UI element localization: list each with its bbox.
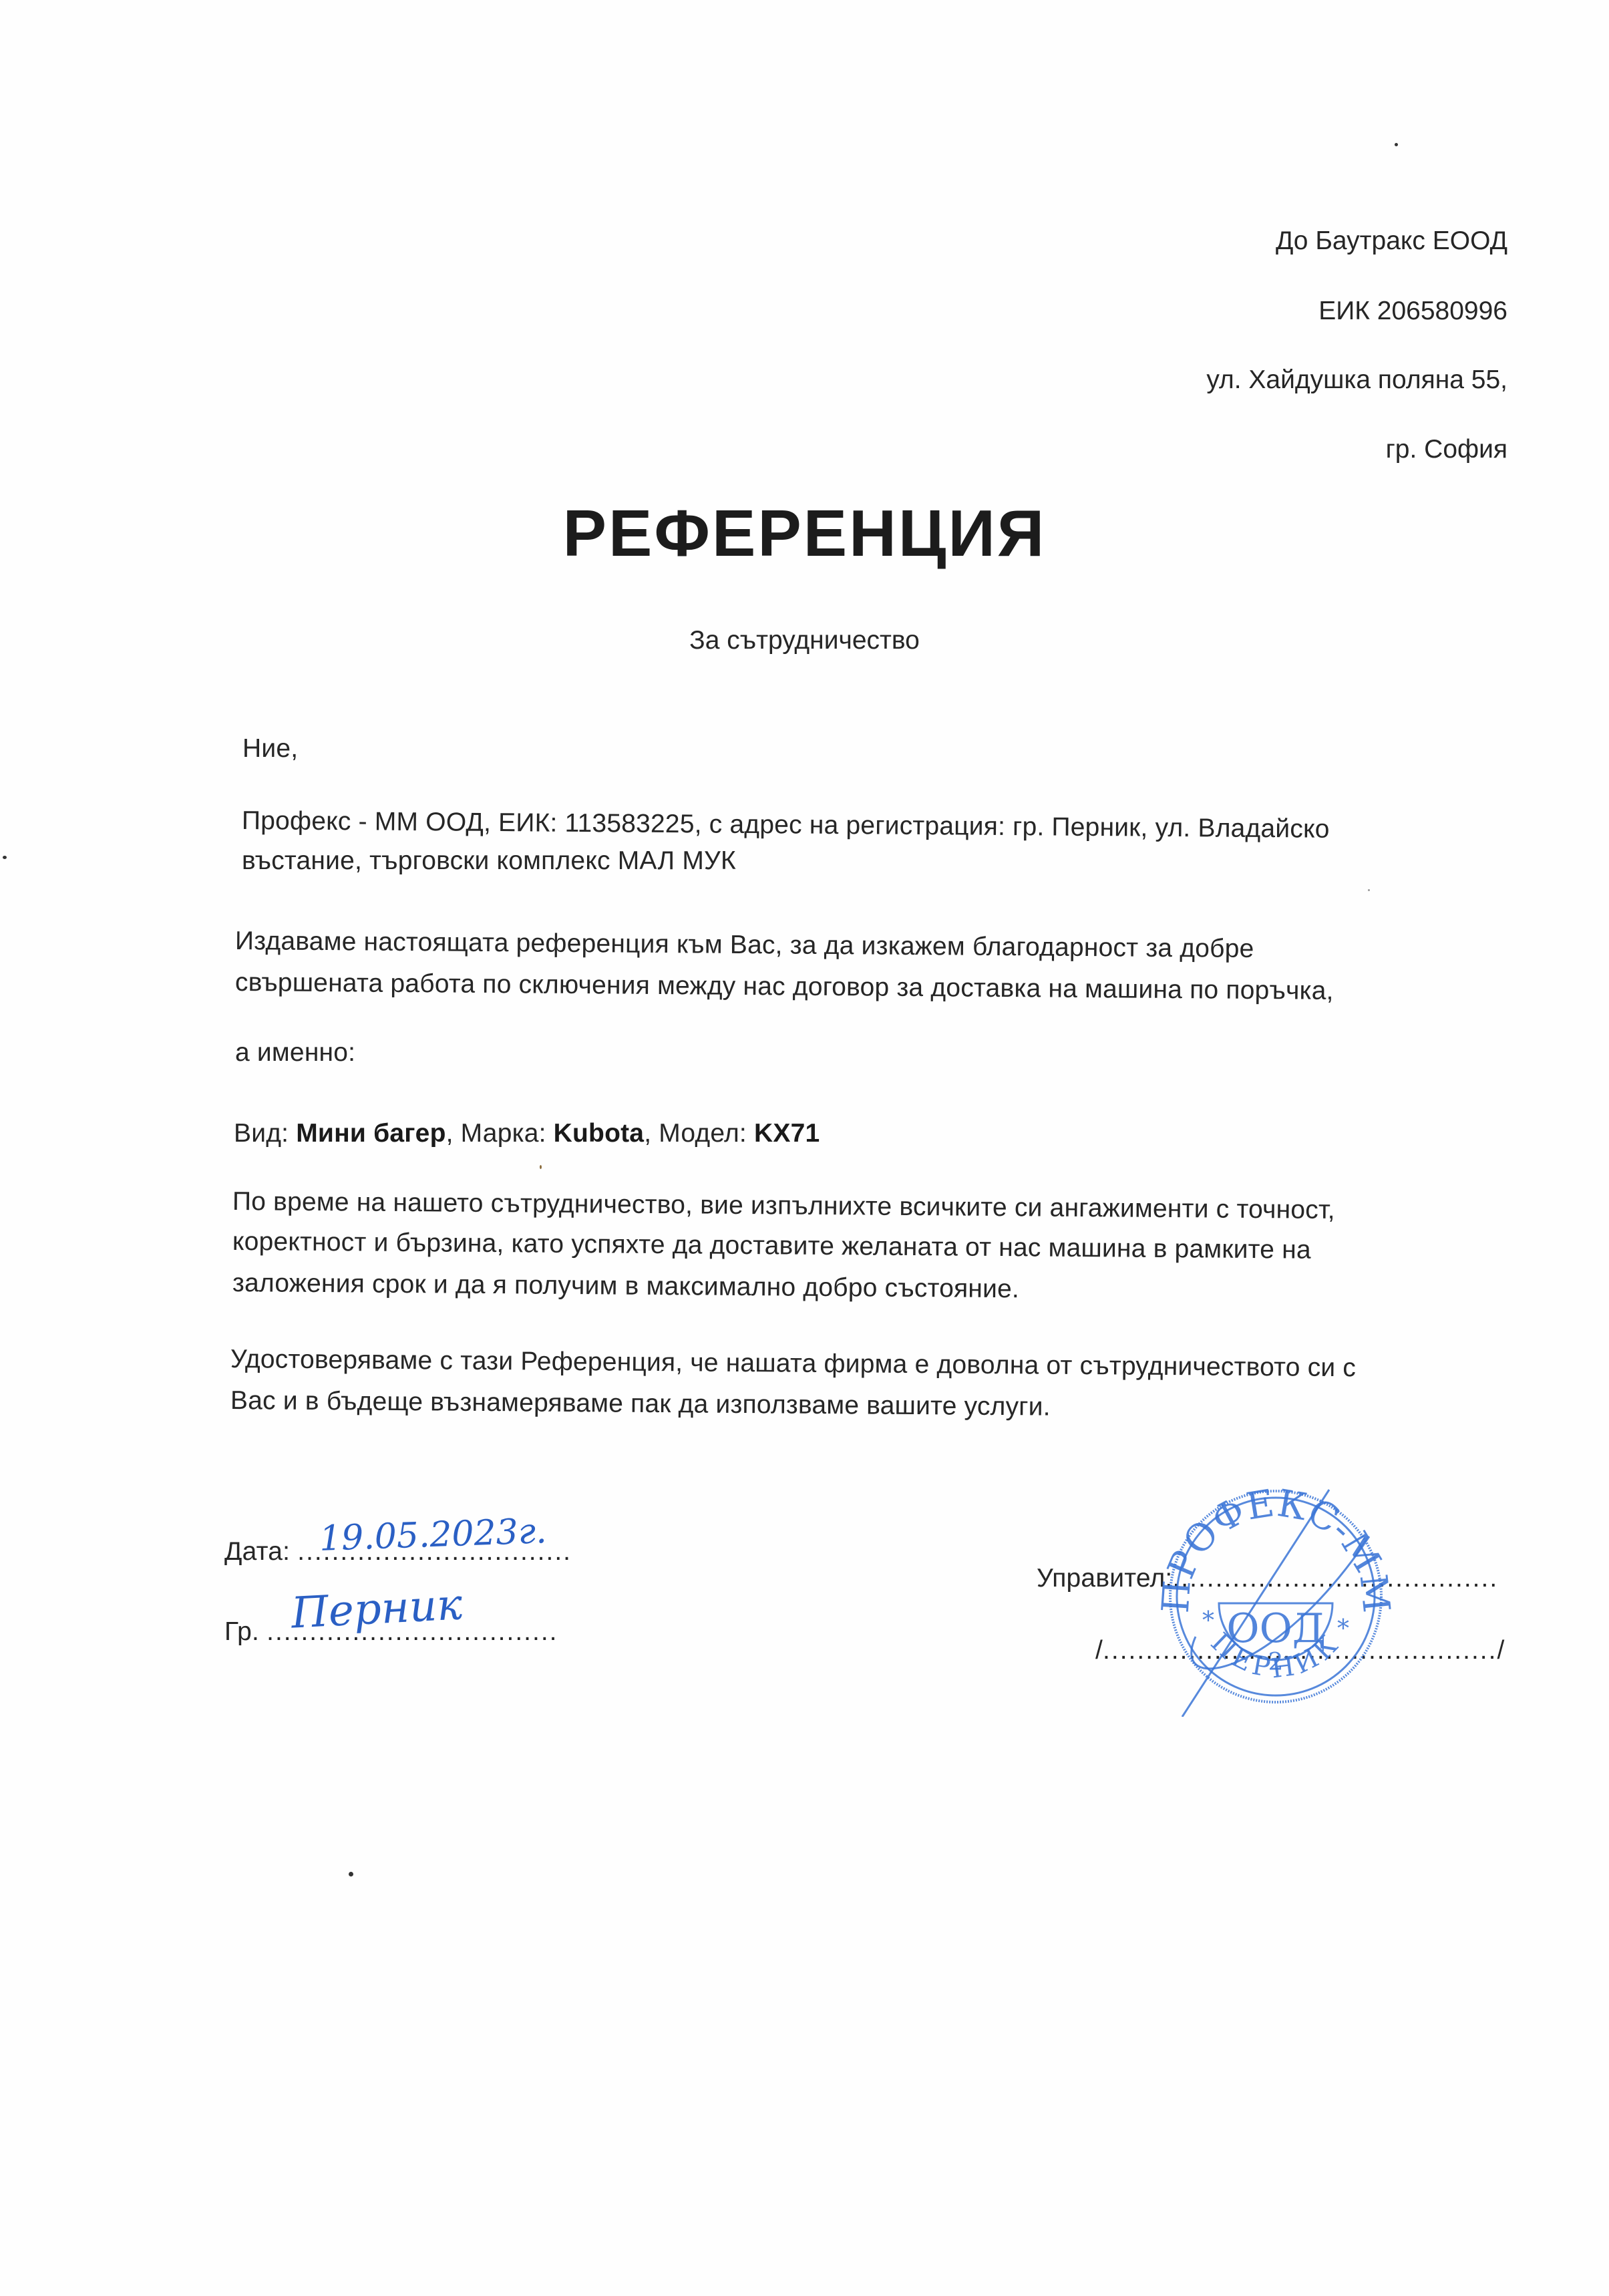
- document-title: РЕФЕРЕНЦИЯ: [0, 496, 1609, 571]
- company-line-1: Профекс - ММ ООД, ЕИК: 113583225, с адре…: [242, 806, 1330, 845]
- cooperation-line-2: коректност и бързина, като успяхте да до…: [232, 1226, 1311, 1266]
- purpose-line-1: Издаваме настоящата референция към Вас, …: [235, 926, 1254, 965]
- machine-model-label: , Модел:: [644, 1119, 754, 1148]
- manager-label: Управител:: [1037, 1564, 1172, 1593]
- machine-model-value: KX71: [754, 1119, 820, 1148]
- company-stamp: ПРОФЕКС-ММ ООД 2 ПЕРНИК * *: [1155, 1476, 1396, 1717]
- name-open-slash: /: [1095, 1636, 1103, 1665]
- document-page: До Баутракс ЕООД ЕИК 206580996 ул. Хайду…: [0, 0, 1609, 2296]
- scan-speck: [1368, 889, 1370, 891]
- machine-brand-label: , Марка:: [446, 1119, 554, 1148]
- scan-speck: [1395, 143, 1398, 146]
- stamp-top-text: ПРОФЕКС-ММ: [1155, 1482, 1396, 1615]
- recipient-eik: ЕИК 206580996: [1318, 296, 1507, 327]
- name-close-slash: /: [1497, 1636, 1504, 1665]
- company-line-2: въстание, търговски комплекс МАЛ МУК: [242, 846, 736, 876]
- stamp-star-left-icon: *: [1202, 1607, 1214, 1635]
- greeting: Ние,: [242, 733, 298, 764]
- city-label: Гр.: [224, 1617, 259, 1646]
- namely-line: а именно:: [235, 1037, 355, 1068]
- machine-brand-value: Kubota: [554, 1119, 645, 1148]
- recipient-name: До Баутракс ЕООД: [1276, 226, 1507, 257]
- scan-speck: [540, 1165, 542, 1169]
- date-label: Дата:: [224, 1537, 290, 1566]
- handwritten-date: 19.05.2023г.: [319, 1511, 547, 1559]
- certify-line-1: Удостоверяваме с тази Референция, че наш…: [230, 1344, 1356, 1383]
- machine-type-value: Мини багер: [296, 1119, 445, 1148]
- document-subtitle: За сътрудничество: [0, 625, 1609, 656]
- cooperation-line-1: По време на нашето сътрудничество, вие и…: [232, 1186, 1335, 1226]
- cooperation-line-3: заложения срок и да я получим в максимал…: [232, 1268, 1019, 1305]
- handwritten-city: Перник: [290, 1580, 464, 1638]
- purpose-line-2: свършената работа по сключения между нас…: [235, 967, 1334, 1007]
- scan-speck: [3, 856, 7, 859]
- machine-type-label: Вид:: [234, 1119, 296, 1148]
- certify-line-2: Вас и в бъдеще възнамеряваме пак да изпо…: [230, 1385, 1051, 1423]
- recipient-street: ул. Хайдушка поляна 55,: [1206, 365, 1507, 395]
- stamp-star-right-icon: *: [1337, 1615, 1349, 1643]
- recipient-city: гр. София: [1386, 434, 1507, 465]
- machine-line: Вид: Мини багер, Марка: Kubota, Модел: K…: [234, 1118, 820, 1149]
- scan-speck: [349, 1872, 353, 1876]
